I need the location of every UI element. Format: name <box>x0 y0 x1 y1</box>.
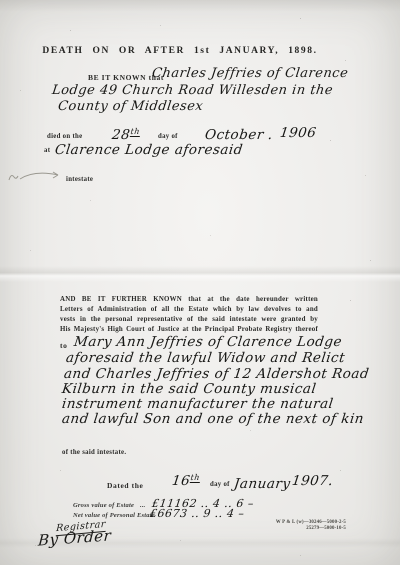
death-day: 28th <box>111 127 141 143</box>
fold-crease <box>0 266 400 282</box>
day-of-label: day of <box>158 133 178 140</box>
net-value-amount: £6673 .. 9 .. 4 – <box>149 507 245 520</box>
deceased-county-line: County of Middlesex <box>57 99 204 114</box>
grant-paragraph-line: AND BE IT FURTHER KNOWN that at the date… <box>60 295 318 305</box>
dated-year: 1907. <box>291 473 334 489</box>
grantee-line-5: instrument manufacturer the natural <box>61 396 334 412</box>
intestate-label: intestate <box>66 176 93 183</box>
scan-edge-shading <box>0 0 400 12</box>
grant-paragraph: AND BE IT FURTHER KNOWN that at the date… <box>60 295 318 335</box>
gross-value-dots: ... <box>140 502 145 509</box>
deceased-name-line1: Charles Jeffries of Clarence <box>151 66 349 81</box>
at-label: at <box>44 147 50 154</box>
dated-day-of-label: day of <box>210 481 230 488</box>
paper-speckles <box>0 0 1 1</box>
death-year: 1906 <box>279 125 317 141</box>
dated-the-label: Dated the <box>107 481 143 490</box>
printer-imprint: W P & L (w)—30246—5000-2-5 25279—5000-10… <box>218 520 346 531</box>
death-month: October <box>204 127 265 143</box>
to-label: to <box>60 341 67 350</box>
printer-imprint-line2: 25279—5000-10-5 <box>218 526 346 532</box>
grantee-line-2: aforesaid the lawful Widow and Relict <box>65 350 346 366</box>
dated-day: 16th <box>171 473 201 489</box>
scanned-probate-document: DEATH ON OR AFTER 1st JANUARY, 1898. BE … <box>0 0 400 565</box>
death-place: Clarence Lodge aforesaid <box>54 142 244 158</box>
gross-value-label: Gross value of Estate <box>73 502 134 509</box>
grantee-line-6: and lawful Son and one of the next of ki… <box>61 411 365 427</box>
dated-ordinal-suffix: th <box>190 473 201 483</box>
grantee-line-3: and Charles Jeffries of 12 Aldershot Roa… <box>63 366 370 382</box>
died-on-the-label: died on the <box>47 133 82 140</box>
of-said-intestate-label: of the said intestate. <box>62 449 126 456</box>
net-value-label: Net value of Personal Estate <box>73 512 155 519</box>
deceased-address-line: Lodge 49 Church Road Willesden in the <box>51 83 334 98</box>
pencil-arrow-icon <box>6 166 62 186</box>
grant-paragraph-line: Letters of Administration of all the Est… <box>60 305 318 315</box>
grant-paragraph-line: vests in the personal representative of … <box>60 315 318 325</box>
grantee-line-4: Kilburn in the said County musical <box>61 381 317 397</box>
date-separator-dot: . <box>267 127 274 143</box>
grantee-line-1: Mary Ann Jeffries of Clarence Lodge <box>73 334 343 350</box>
document-title: DEATH ON OR AFTER 1st JANUARY, 1898. <box>40 46 320 56</box>
dated-month: January <box>233 476 291 492</box>
day-ordinal-suffix: th <box>130 127 141 137</box>
